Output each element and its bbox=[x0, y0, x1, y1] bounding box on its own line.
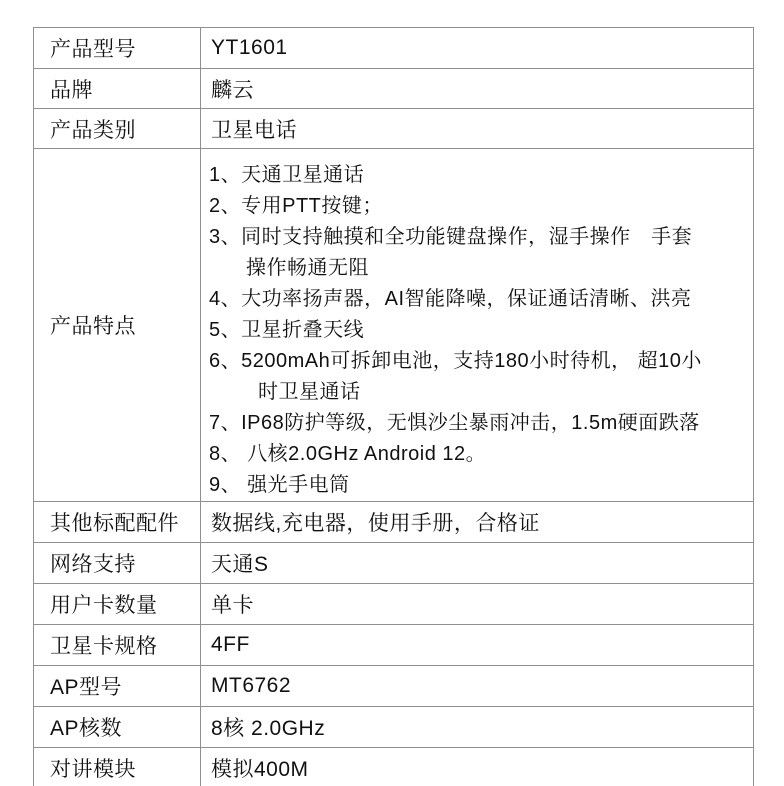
spec-row-sim-count: 用户卡数量 单卡 bbox=[34, 584, 754, 625]
product-category-label: 产品类别 bbox=[34, 109, 201, 149]
spec-row-product-category: 产品类别 卫星电话 bbox=[34, 109, 754, 149]
spec-row-network-support: 网络支持 天通S bbox=[34, 543, 754, 584]
intercom-module-value: 模拟400M bbox=[201, 748, 754, 786]
spec-row-brand: 品牌 麟云 bbox=[34, 69, 754, 109]
feature-line-7: 7、IP68防护等级，无惧沙尘暴雨冲击，1.5m硬面跌落 bbox=[209, 408, 747, 439]
feature-line-3: 3、同时支持触摸和全功能键盘操作，湿手操作 手套 bbox=[209, 222, 747, 253]
feature-line-8: 8、 八核2.0GHz Android 12。 bbox=[209, 439, 747, 470]
accessories-label: 其他标配配件 bbox=[34, 502, 201, 543]
spec-row-ap-model: AP型号 MT6762 bbox=[34, 666, 754, 707]
product-model-value: YT1601 bbox=[201, 28, 754, 69]
spec-row-intercom-module: 对讲模块 模拟400M bbox=[34, 748, 754, 786]
feature-line-9: 9、 强光手电筒 bbox=[209, 470, 747, 501]
spec-row-product-features: 产品特点 1、天通卫星通话 2、专用PTT按键； 3、同时支持触摸和全功能键盘操… bbox=[34, 149, 754, 502]
network-support-value: 天通S bbox=[201, 543, 754, 584]
feature-line-2: 2、专用PTT按键； bbox=[209, 191, 747, 222]
feature-line-1: 1、天通卫星通话 bbox=[209, 160, 747, 191]
feature-line-6: 6、5200mAh可拆卸电池，支持180小时待机， 超10小 bbox=[209, 346, 747, 377]
feature-line-4: 4、大功率扬声器，AI智能降噪，保证通话清晰、洪亮 bbox=[209, 284, 747, 315]
ap-cores-value: 8核 2.0GHz bbox=[201, 707, 754, 748]
product-features-value: 1、天通卫星通话 2、专用PTT按键； 3、同时支持触摸和全功能键盘操作，湿手操… bbox=[201, 149, 754, 502]
accessories-value: 数据线,充电器，使用手册，合格证 bbox=[201, 502, 754, 543]
product-model-label: 产品型号 bbox=[34, 28, 201, 69]
spec-row-satellite-card-size: 卫星卡规格 4FF bbox=[34, 625, 754, 666]
sim-count-label: 用户卡数量 bbox=[34, 584, 201, 625]
sim-count-value: 单卡 bbox=[201, 584, 754, 625]
satellite-card-size-value: 4FF bbox=[201, 625, 754, 666]
spec-row-product-model: 产品型号 YT1601 bbox=[34, 28, 754, 69]
spec-row-accessories: 其他标配配件 数据线,充电器，使用手册，合格证 bbox=[34, 502, 754, 543]
brand-label: 品牌 bbox=[34, 69, 201, 109]
ap-model-label: AP型号 bbox=[34, 666, 201, 707]
spec-table: 产品型号 YT1601 品牌 麟云 产品类别 卫星电话 产品特点 1、天通卫星通… bbox=[33, 27, 754, 786]
intercom-module-label: 对讲模块 bbox=[34, 748, 201, 786]
satellite-card-size-label: 卫星卡规格 bbox=[34, 625, 201, 666]
feature-line-6-wrap: 时卫星通话 bbox=[209, 377, 747, 408]
spec-row-ap-cores: AP核数 8核 2.0GHz bbox=[34, 707, 754, 748]
feature-line-3-wrap: 操作畅通无阻 bbox=[209, 253, 747, 284]
network-support-label: 网络支持 bbox=[34, 543, 201, 584]
ap-cores-label: AP核数 bbox=[34, 707, 201, 748]
brand-value: 麟云 bbox=[201, 69, 754, 109]
product-features-label: 产品特点 bbox=[34, 149, 201, 502]
product-category-value: 卫星电话 bbox=[201, 109, 754, 149]
ap-model-value: MT6762 bbox=[201, 666, 754, 707]
feature-line-5: 5、卫星折叠天线 bbox=[209, 315, 747, 346]
product-spec-page: 产品型号 YT1601 品牌 麟云 产品类别 卫星电话 产品特点 1、天通卫星通… bbox=[0, 0, 784, 786]
